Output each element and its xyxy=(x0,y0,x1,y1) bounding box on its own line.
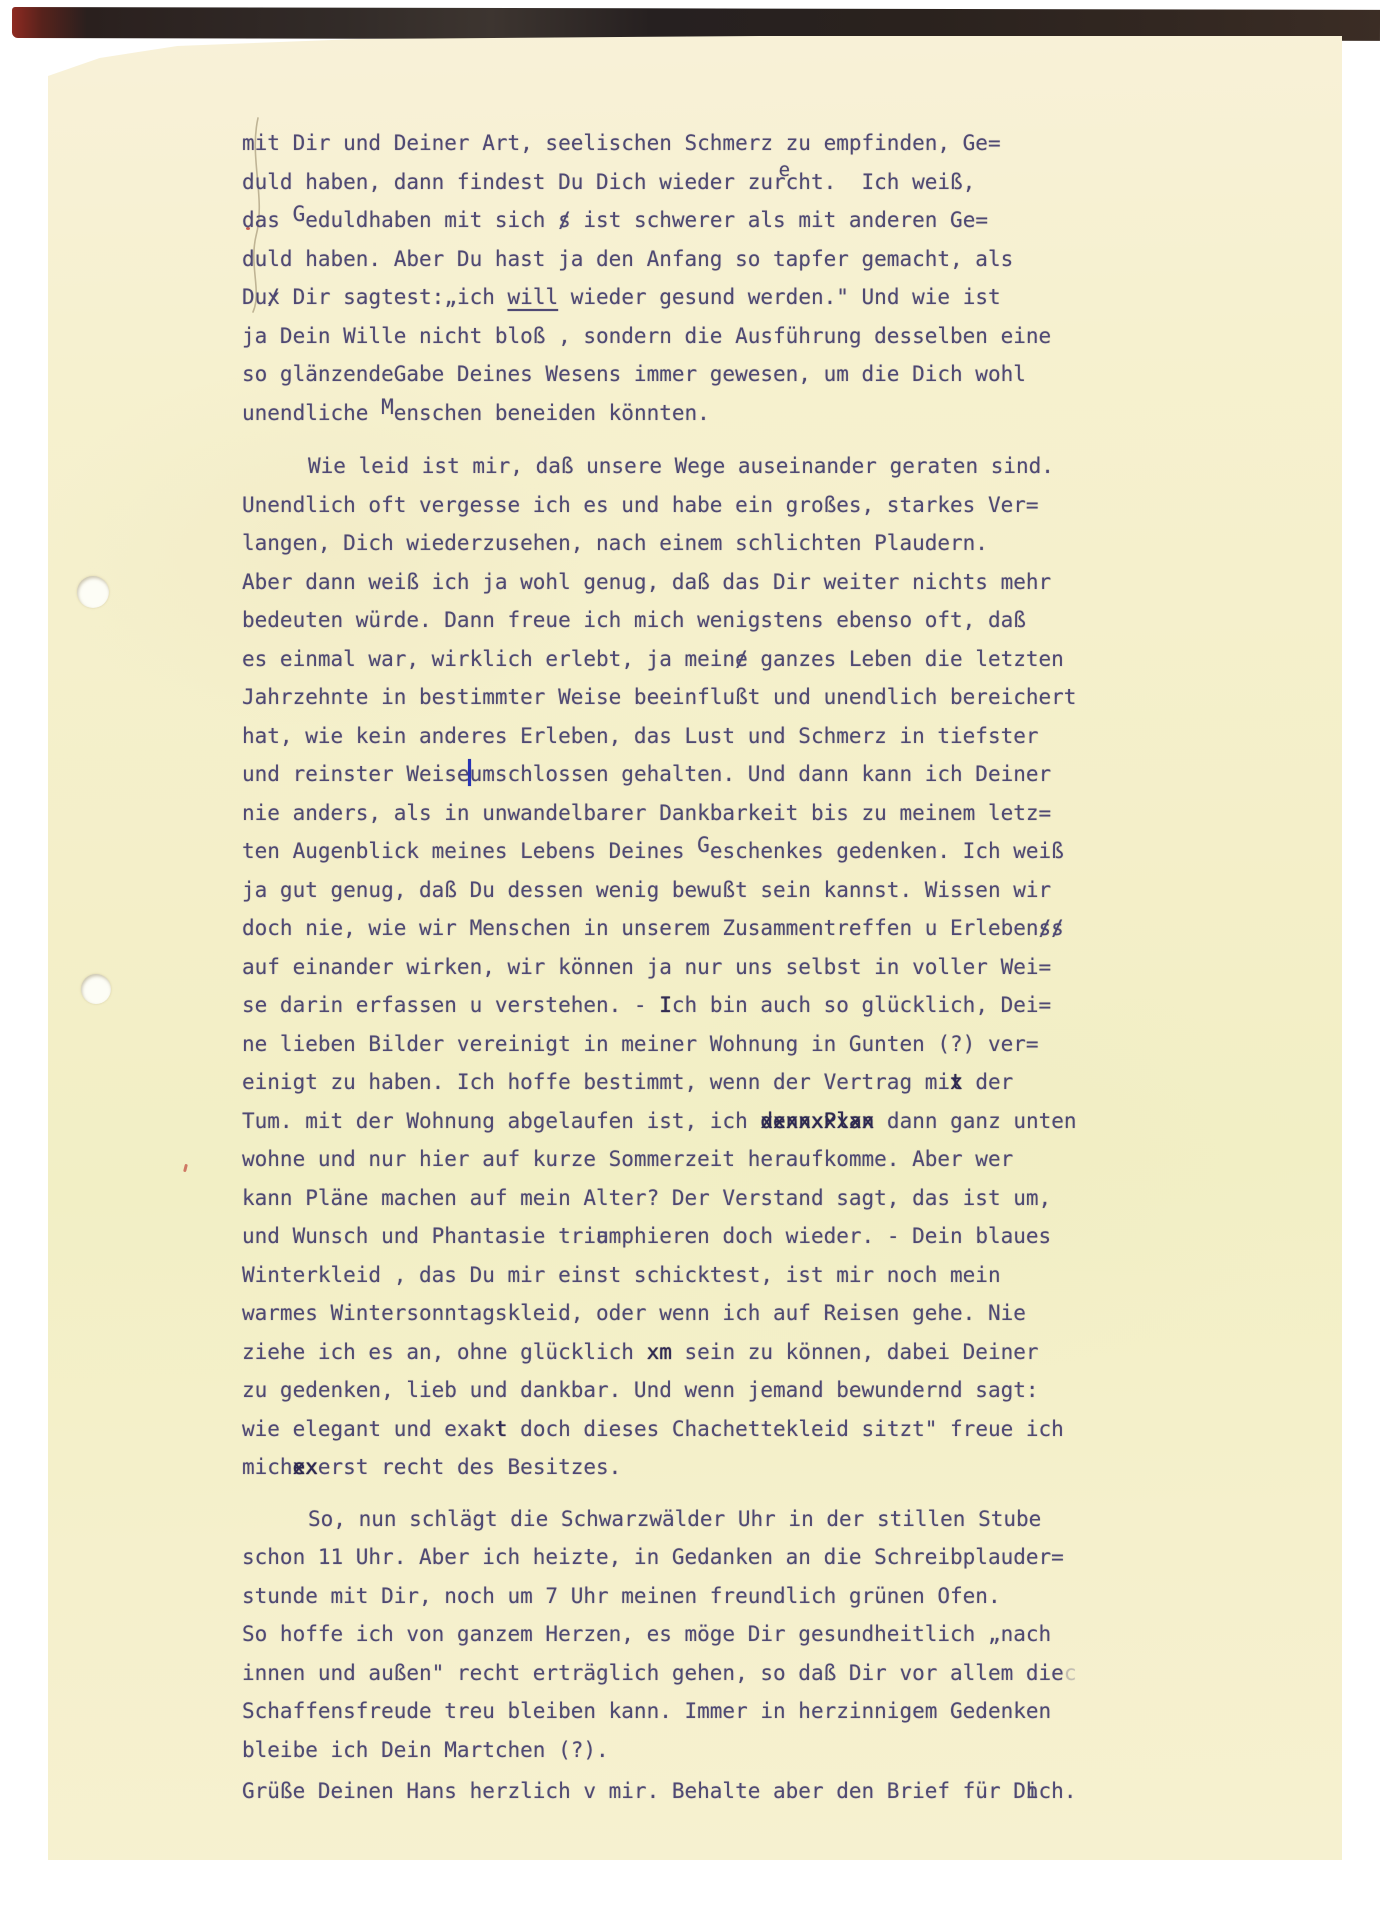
text-run: ganzes Leben die letzten xyxy=(748,647,1064,671)
text-run: will xyxy=(508,285,559,309)
letter-line: Jahrzehnte in bestimmter Weise beeinfluß… xyxy=(242,678,1122,717)
text-run: der xyxy=(963,1070,1014,1094)
letter-line: michexxxerst recht des Besitzes. xyxy=(242,1448,1122,1487)
text-run: eduldhaben mit sich xyxy=(305,208,558,232)
letter-line: se darin erfassen u verstehen. - Ich bin… xyxy=(242,986,1122,1025)
text-run: doch nie, wie wir Menschen in unserem Zu… xyxy=(242,916,1039,940)
letter-line: ne lieben Bilder vereinigt in meiner Woh… xyxy=(242,1025,1122,1064)
text-run: ch. xyxy=(1039,1779,1077,1803)
text-run: doch dieses Chachettekleid sitzt" freue … xyxy=(508,1417,1064,1441)
text-run: M xyxy=(381,388,394,427)
overstrike-correction: e/ xyxy=(735,640,748,679)
text-run: warmes Wintersonntagskleid, oder wenn ic… xyxy=(242,1301,1026,1325)
overstrike-correction: s/ xyxy=(1051,909,1064,948)
text-run: langen, Dich wiederzusehen, nach einem s… xyxy=(242,531,988,555)
text-run: innen und außen" recht erträglich gehen,… xyxy=(242,1661,1064,1685)
letter-line: doch nie, wie wir Menschen in unserem Zu… xyxy=(242,909,1122,948)
overstrike-correction: s/ xyxy=(558,201,571,240)
scanned-letter-page: { "colors":{ "ink":"#4f4973","ink_dark":… xyxy=(0,0,1380,1920)
letter-line: und Wunsch und Phantasie triuamphieren d… xyxy=(242,1217,1122,1256)
text-run: und reinster Weise xyxy=(242,762,470,786)
text-run: ziehe ich es an, ohne glücklich xyxy=(242,1340,647,1364)
text-run: Aber dann weiß ich ja wohl genug, daß da… xyxy=(242,570,1051,594)
letter-line: So, nun schlägt die Schwarzwälder Uhr in… xyxy=(242,1500,1122,1539)
text-run: schon 11 Uhr. Aber ich heizte, in Gedank… xyxy=(242,1545,1064,1569)
text-run: xm xyxy=(647,1340,672,1364)
text-run: ch bin auch so glücklich, Dei= xyxy=(672,993,1051,1017)
letter-line: duld haben. Aber Du hast ja den Anfang s… xyxy=(242,240,1122,279)
text-run: Dir sagtest:„ich xyxy=(280,285,508,309)
text-run: ne lieben Bilder vereinigt in meiner Woh… xyxy=(242,1032,1039,1056)
text-run: wieder gesund werden." Und wie ist xyxy=(558,285,1001,309)
text-run: bleibe ich Dein Martchen (?). xyxy=(242,1738,609,1762)
letter-line: mit Dir und Deiner Art, seelischen Schme… xyxy=(242,124,1122,163)
text-run: unendliche xyxy=(242,401,381,425)
text-run: duld haben, dann findest Du Dich wieder … xyxy=(242,170,786,194)
text-run: mit Dir und Deiner Art, seelischen Schme… xyxy=(242,131,1001,155)
letter-line: ziehe ich es an, ohne glücklich xm sein … xyxy=(242,1333,1122,1372)
text-run: und Wunsch und Phantasie tri xyxy=(242,1224,596,1248)
letter-line: wie elegant und exakt doch dieses Chache… xyxy=(242,1410,1122,1449)
paragraph: Wie leid ist mir, daß unsere Wege ausein… xyxy=(242,447,1122,1487)
letter-line: bleibe ich Dein Martchen (?). xyxy=(242,1731,1122,1770)
text-run: duld haben. Aber Du hast ja den Anfang s… xyxy=(242,247,1013,271)
punch-hole xyxy=(77,576,109,608)
letter-line: kann Pläne machen auf mein Alter? Der Ve… xyxy=(242,1179,1122,1218)
letter-line: Dux/ Dir sagtest:„ich will wieder gesund… xyxy=(242,278,1122,317)
letter-line: duld haben, dann findest Du Dich wieder … xyxy=(242,163,1122,202)
text-run: Unendlich oft vergesse ich es und habe e… xyxy=(242,493,1039,517)
letter-line: Winterkleid , das Du mir einst schicktes… xyxy=(242,1256,1122,1295)
letter-line: bedeuten würde. Dann freue ich mich weni… xyxy=(242,601,1122,640)
letter-line: innen und außen" recht erträglich gehen,… xyxy=(242,1654,1122,1693)
letter-line: ja Dein Wille nicht bloß , sondern die A… xyxy=(242,317,1122,356)
text-run: mich xyxy=(242,1455,293,1479)
letter-line: Wie leid ist mir, daß unsere Wege ausein… xyxy=(242,447,1122,486)
letter-line: Tum. mit der Wohnung abgelaufen ist, ich… xyxy=(242,1102,1122,1141)
overstrike-correction: ax xyxy=(849,1102,862,1141)
text-run: so glänzendeGabe Deines Wesens immer gew… xyxy=(242,362,1026,386)
text-run: kann Pläne machen auf mein Alter? Der Ve… xyxy=(242,1186,1051,1210)
letter-line: ja gut genug, daß Du dessen wenig bewußt… xyxy=(242,871,1122,910)
text-run: Jahrzehnte in bestimmter Weise beeinfluß… xyxy=(242,685,1076,709)
letter-line: das Geduldhaben mit sich s/ ist schwerer… xyxy=(242,201,1122,240)
text-run: einigt zu haben. Ich hoffe bestimmt, wen… xyxy=(242,1070,950,1094)
text-run: erst recht des Besitzes. xyxy=(318,1455,621,1479)
letter-line: warmes Wintersonntagskleid, oder wenn ic… xyxy=(242,1294,1122,1333)
letter-line: wohne und nur hier auf kurze Sommerzeit … xyxy=(242,1140,1122,1179)
text-run: So, nun schlägt die Schwarzwälder Uhr in… xyxy=(308,1507,1041,1531)
text-run: Du xyxy=(242,285,267,309)
text-run: G xyxy=(293,195,306,234)
letter-line: schon 11 Uhr. Aber ich heizte, in Gedank… xyxy=(242,1538,1122,1577)
letter-line: einigt zu haben. Ich hoffe bestimmt, wen… xyxy=(242,1063,1122,1102)
typewritten-letter-text: mit Dir und Deiner Art, seelischen Schme… xyxy=(242,124,1122,1811)
letter-line: unendliche Menschen beneiden könnten. xyxy=(242,394,1122,433)
text-run: hat, wie kein anderes Erleben, das Lust … xyxy=(242,724,1039,748)
text-run: es einmal war, wirklich erlebt, ja mein xyxy=(242,647,735,671)
overstrike-correction: nx xyxy=(786,1102,799,1141)
overstrike-correction: lx xyxy=(836,1102,849,1141)
text-run: Wie leid ist mir, daß unsere Wege ausein… xyxy=(308,454,1054,478)
text-run: dann ganz unten xyxy=(874,1109,1076,1133)
paragraph: So, nun schlägt die Schwarzwälder Uhr in… xyxy=(242,1500,1122,1770)
text-run: auf einander wirken, wir können ja nur u… xyxy=(242,955,1051,979)
letter-line: zu gedenken, lieb und dankbar. Und wenn … xyxy=(242,1371,1122,1410)
letter-line: so glänzendeGabe Deines Wesens immer gew… xyxy=(242,355,1122,394)
text-run: sein zu können, dabei Deiner xyxy=(672,1340,1039,1364)
text-run: ja gut genug, daß Du dessen wenig bewußt… xyxy=(242,878,1051,902)
text-run: eschenkes gedenken. Ich weiß xyxy=(710,839,1064,863)
paragraph: Grüße Deinen Hans herzlich v mir. Behalt… xyxy=(242,1772,1122,1811)
overstrike-correction: x/ xyxy=(267,278,280,317)
text-run: ist schwerer als mit anderen Ge= xyxy=(571,208,988,232)
text-run: mphieren doch wieder. - Dein blaues xyxy=(609,1224,1052,1248)
text-run: c xyxy=(1064,1661,1077,1685)
text-run: wohne und nur hier auf kurze Sommerzeit … xyxy=(242,1147,1013,1171)
scan-edge-shadow xyxy=(12,7,1380,41)
overstrike-correction: ua xyxy=(596,1217,609,1256)
text-run: umschlossen gehalten. Und dann kann ich … xyxy=(470,762,1052,786)
overstrike-correction: nx xyxy=(862,1102,875,1141)
text-run: wie elegant und exak xyxy=(242,1417,495,1441)
text-run: nie anders, als in unwandelbarer Dankbar… xyxy=(242,801,1051,825)
text-run: zu gedenken, lieb und dankbar. Und wenn … xyxy=(242,1378,1039,1402)
text-run: ten Augenblick meines Lebens Deines xyxy=(242,839,697,863)
overstrike-correction: ex xyxy=(773,1102,786,1141)
text-run: se darin erfassen u verstehen. - xyxy=(242,993,659,1017)
overstrike-correction: ex xyxy=(293,1448,306,1487)
overstrike-correction: nx xyxy=(798,1102,811,1141)
overstrike-correction: Px xyxy=(824,1102,837,1141)
paragraph: mit Dir und Deiner Art, seelischen Schme… xyxy=(242,124,1122,432)
letter-line: hat, wie kein anderes Erleben, das Lust … xyxy=(242,717,1122,756)
letter-line: So hoffe ich von ganzem Herzen, es möge … xyxy=(242,1615,1122,1654)
text-run: stunde mit Dir, noch um 7 Uhr meinen fre… xyxy=(242,1584,1001,1608)
letter-line: langen, Dich wiederzusehen, nach einem s… xyxy=(242,524,1122,563)
text-run: Tum. mit der Wohnung abgelaufen ist, ich xyxy=(242,1109,760,1133)
letter-line: es einmal war, wirklich erlebt, ja meine… xyxy=(242,640,1122,679)
text-run: Winterkleid , das Du mir einst schicktes… xyxy=(242,1263,1001,1287)
text-run: ja Dein Wille nicht bloß , sondern die A… xyxy=(242,324,1051,348)
overstrike-correction: s/ xyxy=(1039,909,1052,948)
letter-line: Schaffensfreude treu bleiben kann. Immer… xyxy=(242,1692,1122,1731)
text-run: enschen beneiden könnten. xyxy=(394,401,710,425)
letter-line: nie anders, als in unwandelbarer Dankbar… xyxy=(242,794,1122,833)
overstrike-correction: ih xyxy=(1026,1772,1039,1811)
letter-line: Grüße Deinen Hans herzlich v mir. Behalt… xyxy=(242,1772,1122,1811)
letter-line: Unendlich oft vergesse ich es und habe e… xyxy=(242,486,1122,525)
text-run: cht. Ich weiß, xyxy=(786,170,976,194)
overstrike-correction: tx xyxy=(950,1063,963,1102)
text-run: So hoffe ich von ganzem Herzen, es möge … xyxy=(242,1622,1051,1646)
overstrike-correction: xx xyxy=(305,1448,318,1487)
text-run: G xyxy=(697,826,710,865)
text-run: das xyxy=(242,208,293,232)
text-run: bedeuten würde. Dann freue ich mich weni… xyxy=(242,608,1026,632)
text-run: Schaffensfreude treu bleiben kann. Immer… xyxy=(242,1699,1051,1723)
punch-hole xyxy=(81,974,111,1004)
text-run: I xyxy=(659,993,672,1017)
overstrike-correction: dx xyxy=(760,1102,773,1141)
letter-line: auf einander wirken, wir können ja nur u… xyxy=(242,948,1122,987)
letter-line: stunde mit Dir, noch um 7 Uhr meinen fre… xyxy=(242,1577,1122,1616)
letter-line: und reinster Weiseumschlossen gehalten. … xyxy=(242,755,1122,794)
text-run: t xyxy=(495,1417,508,1441)
letter-line: Aber dann weiß ich ja wohl genug, daß da… xyxy=(242,563,1122,602)
letter-line: ten Augenblick meines Lebens Deines Gesc… xyxy=(242,832,1122,871)
overstrike-correction: xx xyxy=(811,1102,824,1141)
text-run: Grüße Deinen Hans herzlich v mir. Behalt… xyxy=(242,1779,1026,1803)
